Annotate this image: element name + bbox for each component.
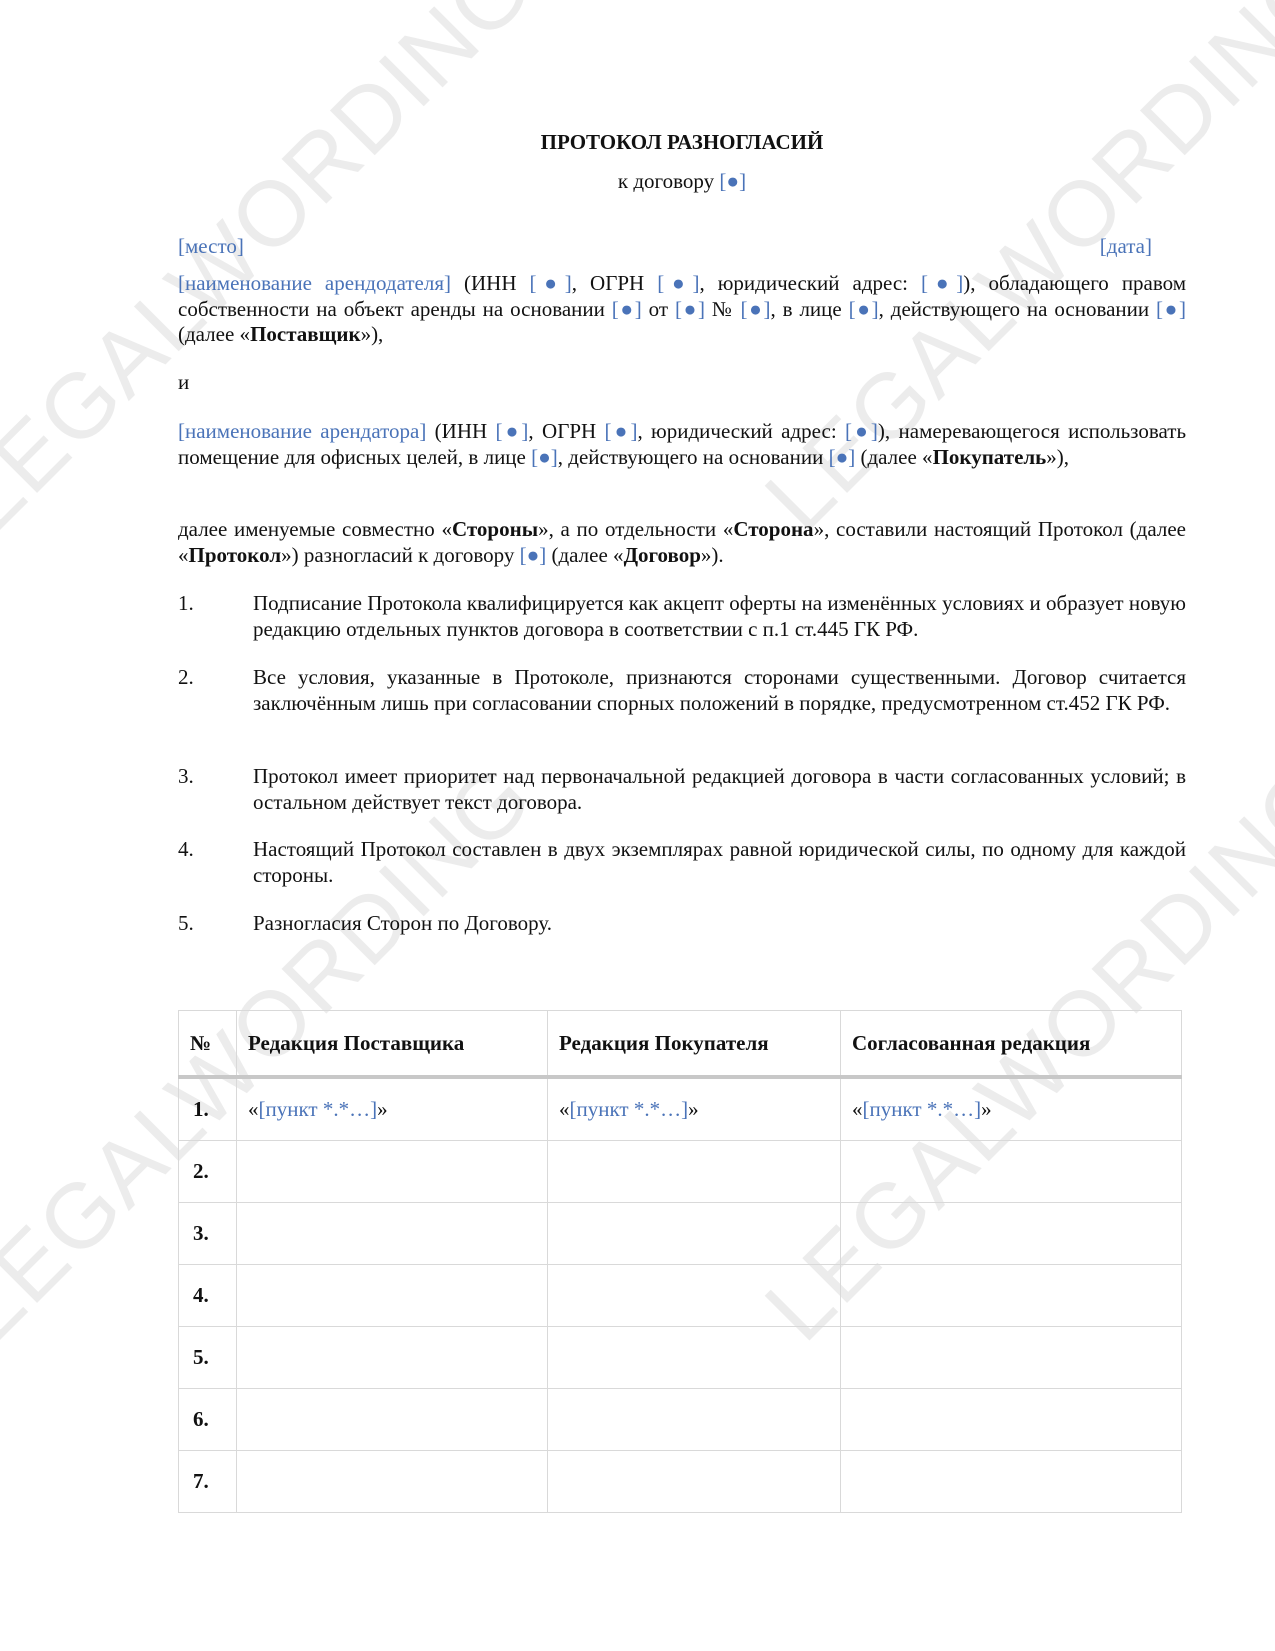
row-number: 4. — [179, 1265, 237, 1327]
buyer-cell[interactable] — [548, 1451, 841, 1513]
contract-placeholder: [●] — [520, 543, 547, 567]
document-subtitle: к договору [●] — [178, 169, 1186, 194]
row-number: 1. — [179, 1077, 237, 1141]
text: »). — [701, 543, 724, 567]
representative-placeholder: [●] — [849, 297, 879, 321]
quote-mark: » — [377, 1097, 388, 1121]
column-header-supplier: Редакция Поставщика — [237, 1011, 548, 1078]
parties-clause: далее именуемые совместно «Стороны», а п… — [178, 517, 1186, 568]
authority-placeholder: [●] — [1156, 297, 1186, 321]
date-placeholder: [●] — [675, 297, 705, 321]
address-placeholder: [●] — [921, 271, 963, 295]
agreed-cell[interactable] — [841, 1389, 1182, 1451]
quote-mark: » — [688, 1097, 699, 1121]
list-number: 1. — [178, 591, 253, 642]
table-row: 7. — [179, 1451, 1182, 1513]
number-placeholder: [●] — [740, 297, 770, 321]
list-number: 5. — [178, 911, 253, 937]
list-text: Настоящий Протокол составлен в двух экзе… — [253, 837, 1186, 888]
list-text: Подписание Протокола квалифицируется как… — [253, 591, 1186, 642]
supplier-cell[interactable] — [237, 1389, 548, 1451]
text: , действующего на основании — [558, 445, 829, 469]
clause-placeholder: [пункт *.*…] — [863, 1097, 982, 1121]
ogrn-placeholder: [●] — [657, 271, 699, 295]
party2-paragraph: [наименование арендатора] (ИНН [●], ОГРН… — [178, 419, 1186, 470]
list-number: 2. — [178, 665, 253, 716]
quote-mark: « — [559, 1097, 570, 1121]
buyer-cell[interactable] — [548, 1389, 841, 1451]
list-number: 3. — [178, 764, 253, 815]
list-item: 4. Настоящий Протокол составлен в двух э… — [178, 837, 1186, 888]
table-row: 2. — [179, 1141, 1182, 1203]
table-row: 3. — [179, 1203, 1182, 1265]
supplier-cell[interactable] — [237, 1203, 548, 1265]
conjunction: и — [178, 370, 1186, 396]
agreed-cell[interactable]: «[пункт *.*…]» — [841, 1077, 1182, 1141]
basis-placeholder: [●] — [612, 297, 642, 321]
text: , юридический адрес: — [699, 271, 921, 295]
text: »), — [1046, 445, 1069, 469]
lessee-name-placeholder: [наименование арендатора] — [178, 419, 426, 443]
supplier-cell[interactable] — [237, 1327, 548, 1389]
quote-mark: » — [981, 1097, 992, 1121]
supplier-cell[interactable] — [237, 1451, 548, 1513]
table-row: 1.«[пункт *.*…]»«[пункт *.*…]»«[пункт *.… — [179, 1077, 1182, 1141]
list-item: 3. Протокол имеет приоритет над первонач… — [178, 764, 1186, 815]
defined-term: Протокол — [189, 543, 282, 567]
defined-term: Сторона — [733, 517, 813, 541]
authority-placeholder: [●] — [829, 445, 856, 469]
table-row: 4. — [179, 1265, 1182, 1327]
supplier-cell[interactable] — [237, 1265, 548, 1327]
text: », а по отдельности « — [538, 517, 733, 541]
column-header-number: № — [179, 1011, 237, 1078]
disagreements-table: № Редакция Поставщика Редакция Покупател… — [178, 1010, 1182, 1513]
role-term: Покупатель — [933, 445, 1047, 469]
quote-mark: « — [852, 1097, 863, 1121]
row-number: 7. — [179, 1451, 237, 1513]
quote-mark: « — [248, 1097, 259, 1121]
text: (ИНН — [451, 271, 530, 295]
supplier-cell[interactable] — [237, 1141, 548, 1203]
text: далее именуемые совместно « — [178, 517, 452, 541]
clause-placeholder: [пункт *.*…] — [259, 1097, 378, 1121]
list-item: 5. Разногласия Сторон по Договору. — [178, 911, 1186, 937]
buyer-cell[interactable] — [548, 1141, 841, 1203]
row-number: 6. — [179, 1389, 237, 1451]
text: ») разногласий к договору — [281, 543, 519, 567]
representative-placeholder: [●] — [531, 445, 558, 469]
row-number: 2. — [179, 1141, 237, 1203]
clause-placeholder: [пункт *.*…] — [570, 1097, 689, 1121]
table-header-row: № Редакция Поставщика Редакция Покупател… — [179, 1011, 1182, 1078]
table-row: 5. — [179, 1327, 1182, 1389]
table-row: 6. — [179, 1389, 1182, 1451]
buyer-cell[interactable] — [548, 1203, 841, 1265]
column-header-agreed: Согласованная редакция — [841, 1011, 1182, 1078]
text: , действующего на основании — [879, 297, 1156, 321]
buyer-cell[interactable] — [548, 1265, 841, 1327]
text: , ОГРН — [528, 419, 604, 443]
agreed-cell[interactable] — [841, 1265, 1182, 1327]
list-text: Все условия, указанные в Протоколе, приз… — [253, 665, 1186, 716]
inn-placeholder: [●] — [496, 419, 529, 443]
text: »), — [361, 322, 384, 346]
lessor-name-placeholder: [наименование арендодателя] — [178, 271, 451, 295]
row-number: 5. — [179, 1327, 237, 1389]
subtitle-text: к договору — [618, 169, 719, 193]
agreed-cell[interactable] — [841, 1451, 1182, 1513]
list-item: 2. Все условия, указанные в Протоколе, п… — [178, 665, 1186, 716]
row-number: 3. — [179, 1203, 237, 1265]
document-title: ПРОТОКОЛ РАЗНОГЛАСИЙ — [178, 130, 1186, 155]
list-text: Разногласия Сторон по Договору. — [253, 911, 1186, 937]
text: (ИНН — [426, 419, 495, 443]
column-header-buyer: Редакция Покупателя — [548, 1011, 841, 1078]
list-number: 4. — [178, 837, 253, 888]
agreed-cell[interactable] — [841, 1141, 1182, 1203]
list-item: 1. Подписание Протокола квалифицируется … — [178, 591, 1186, 642]
defined-term: Договор — [624, 543, 701, 567]
place-date-line: [место] [дата] — [178, 234, 1152, 259]
defined-term: Стороны — [452, 517, 538, 541]
text: (далее « — [855, 445, 932, 469]
inn-placeholder: [●] — [530, 271, 572, 295]
party1-paragraph: [наименование арендодателя] (ИНН [●], ОГ… — [178, 271, 1186, 348]
list-text: Протокол имеет приоритет над первоначаль… — [253, 764, 1186, 815]
buyer-cell[interactable]: «[пункт *.*…]» — [548, 1077, 841, 1141]
agreed-cell[interactable] — [841, 1327, 1182, 1389]
text: , юридический адрес: — [637, 419, 845, 443]
place-placeholder: [место] — [178, 234, 244, 259]
contract-number-placeholder: [●] — [719, 169, 746, 193]
text: от — [642, 297, 675, 321]
role-term: Поставщик — [250, 322, 361, 346]
text: (далее « — [178, 322, 250, 346]
buyer-cell[interactable] — [548, 1327, 841, 1389]
ogrn-placeholder: [●] — [605, 419, 638, 443]
address-placeholder: [●] — [845, 419, 878, 443]
date-placeholder: [дата] — [1100, 234, 1152, 259]
text: (далее « — [546, 543, 623, 567]
text: , ОГРН — [572, 271, 657, 295]
text: , в лице — [770, 297, 848, 321]
agreed-cell[interactable] — [841, 1203, 1182, 1265]
supplier-cell[interactable]: «[пункт *.*…]» — [237, 1077, 548, 1141]
text: № — [705, 297, 741, 321]
